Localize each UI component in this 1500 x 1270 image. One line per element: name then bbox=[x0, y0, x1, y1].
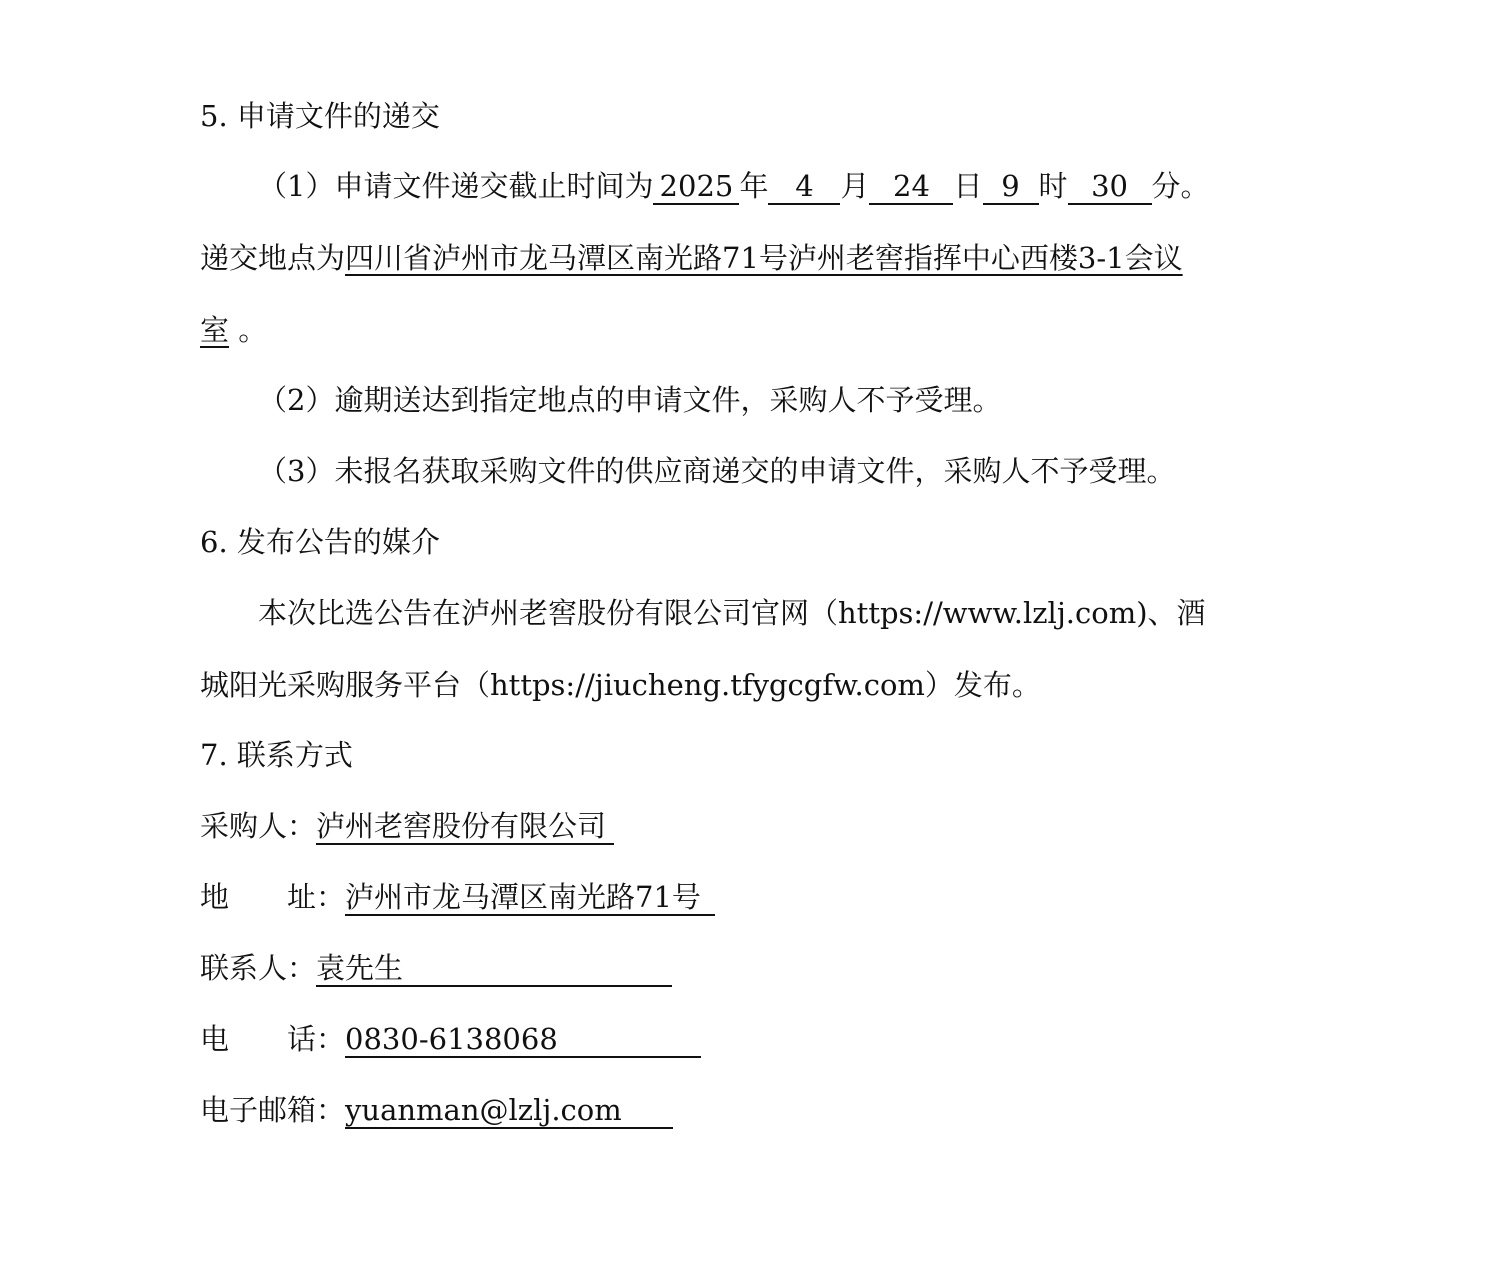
section-5-heading: 5. 申请文件的递交 bbox=[200, 96, 440, 136]
media-line-2: 城阳光采购服务平台（https://jiucheng.tfygcgfw.com）… bbox=[200, 665, 1041, 705]
deadline-prefix: （1）申请文件递交截止时间为 bbox=[258, 169, 653, 203]
contact-label: 地 址： bbox=[200, 880, 345, 914]
unregistered-supplier-note: （3）未报名获取采购文件的供应商递交的申请文件，采购人不予受理。 bbox=[258, 451, 1175, 491]
deadline-hour: 9 bbox=[983, 169, 1039, 205]
contact-label: 联系人： bbox=[200, 951, 316, 985]
location-end: 。 bbox=[238, 313, 267, 347]
contact-value: 0830-6138068 bbox=[345, 1022, 701, 1058]
minute-unit: 分。 bbox=[1152, 169, 1210, 203]
location-line-2: 室 。 bbox=[200, 310, 267, 350]
deadline-year: 2025 bbox=[653, 169, 739, 205]
contact-person: 联系人：袁先生 bbox=[200, 948, 672, 988]
location-value: 四川省泸州市龙马潭区南光路71号泸州老窖指挥中心西楼3-1会议 bbox=[345, 241, 1183, 275]
deadline-month: 4 bbox=[768, 169, 840, 205]
hour-unit: 时 bbox=[1039, 169, 1068, 203]
month-unit: 月 bbox=[840, 169, 869, 203]
late-submission-note: （2）逾期送达到指定地点的申请文件，采购人不予受理。 bbox=[258, 380, 1001, 420]
deadline-line: （1）申请文件递交截止时间为2025年4月24日9时30分。 bbox=[258, 166, 1210, 206]
deadline-day: 24 bbox=[869, 169, 953, 205]
contact-value: 泸州市龙马潭区南光路71号 bbox=[345, 880, 715, 916]
day-unit: 日 bbox=[953, 169, 982, 203]
contact-label: 电 话： bbox=[200, 1022, 345, 1056]
section-6-heading: 6. 发布公告的媒介 bbox=[200, 522, 440, 562]
year-unit: 年 bbox=[739, 169, 768, 203]
media-line-1: 本次比选公告在泸州老窖股份有限公司官网（https://www.lzlj.com… bbox=[258, 593, 1206, 633]
location-line-1: 递交地点为四川省泸州市龙马潭区南光路71号泸州老窖指挥中心西楼3-1会议 bbox=[200, 238, 1183, 278]
location-value-cont: 室 bbox=[200, 313, 229, 347]
contact-label: 电子邮箱： bbox=[200, 1093, 345, 1127]
location-label: 递交地点为 bbox=[200, 241, 345, 275]
contact-value: yuanman@lzlj.com bbox=[345, 1093, 673, 1129]
section-7-heading: 7. 联系方式 bbox=[200, 735, 353, 775]
contact-label: 采购人： bbox=[200, 809, 316, 843]
contact-address: 地 址：泸州市龙马潭区南光路71号 bbox=[200, 877, 715, 917]
deadline-minute: 30 bbox=[1068, 169, 1152, 205]
contact-value: 袁先生 bbox=[316, 951, 672, 987]
contact-purchaser: 采购人：泸州老窖股份有限公司 bbox=[200, 806, 614, 846]
contact-phone: 电 话：0830-6138068 bbox=[200, 1019, 701, 1059]
contact-value: 泸州老窖股份有限公司 bbox=[316, 809, 614, 845]
contact-email: 电子邮箱：yuanman@lzlj.com bbox=[200, 1090, 673, 1130]
